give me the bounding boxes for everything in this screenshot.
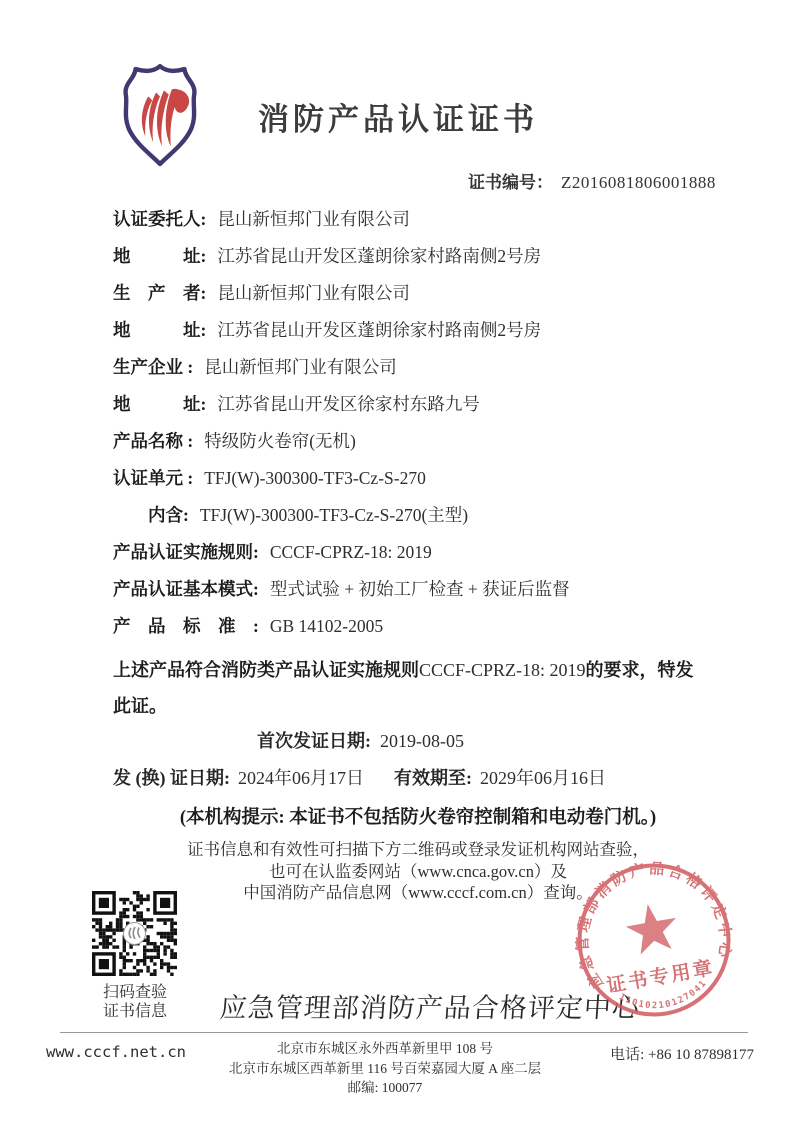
footer-postcode: 邮编: 100077	[216, 1078, 554, 1098]
field-row-product-name: 产品名称 :特级防火卷帘(无机)	[113, 428, 713, 465]
valid-until-value: 2029年06月16日	[480, 764, 606, 790]
first-issue-date-value: 2019-08-05	[380, 731, 464, 752]
certificate-title: 消防产品认证证书	[258, 94, 568, 139]
first-issue-date-row: 首次发证日期: 2019-08-05	[257, 727, 713, 764]
footer-phone: 电话: +86 10 87898177	[554, 1039, 754, 1064]
field-row-producer: 生 产 者:昆山新恒邦门业有限公司	[113, 280, 713, 317]
reissue-date-value: 2024年06月17日	[238, 764, 364, 790]
qr-code	[92, 891, 177, 976]
certificate-number-value: Z2016081806001888	[561, 173, 716, 192]
first-issue-date-label: 首次发证日期:	[257, 727, 371, 753]
field-row-manufacturer: 生产企业 :昆山新恒邦门业有限公司	[113, 354, 713, 391]
official-seal: 应急管理部消防产品合格评定中心 证书专用章 11010210127041	[556, 842, 753, 1039]
fire-shield-logo-icon	[116, 60, 204, 170]
field-row-applicant: 认证委托人:昆山新恒邦门业有限公司	[113, 206, 713, 243]
seal-star-icon	[623, 900, 681, 956]
field-row-certification-mode: 产品认证基本模式:型式试验 + 初始工厂检查 + 获证后监督	[113, 576, 713, 613]
agency-notice: (本机构提示: 本证书不包括防火卷帘控制箱和电动卷门机。)	[113, 803, 723, 837]
field-row-producer-address: 地 址:江苏省昆山开发区蓬朗徐家村路南侧2号房	[113, 317, 713, 354]
footer-address-line-1: 北京市东城区永外西革新里甲 108 号	[216, 1039, 554, 1059]
field-row-certification-unit: 认证单元 :TFJ(W)-300300-TF3-Cz-S-270	[113, 465, 713, 502]
field-row-manufacturer-address: 地 址:江苏省昆山开发区徐家村东路九号	[113, 391, 713, 428]
conformity-statement: 上述产品符合消防类产品认证实施规则CCCF-CPRZ-18: 2019的要求，特…	[113, 652, 709, 724]
field-row-implementation-rule: 产品认证实施规则:CCCF-CPRZ-18: 2019	[113, 539, 713, 576]
footer-address: 北京市东城区永外西革新里甲 108 号 北京市东城区西革新里 116 号百荣嘉园…	[216, 1039, 554, 1098]
field-row-product-standard: 产 品 标 准 :GB 14102-2005	[113, 613, 713, 650]
reissue-date-label: 发 (换) 证日期:	[113, 764, 230, 790]
valid-until-label: 有效期至:	[394, 764, 472, 790]
certificate-body: 认证委托人:昆山新恒邦门业有限公司 地 址:江苏省昆山开发区蓬朗徐家村路南侧2号…	[113, 206, 713, 904]
qr-caption: 扫码查验 证书信息	[103, 983, 192, 1021]
issuer-name: 应急管理部消防产品合格评定中心	[219, 986, 622, 1025]
certificate-number: 证书编号：Z2016081806001888	[468, 168, 716, 193]
certificate-number-label: 证书编号：	[468, 173, 553, 192]
qr-block: 扫码查验 证书信息	[92, 891, 192, 1021]
footer-website: www.cccf.net.cn	[46, 1039, 216, 1061]
footer-divider	[60, 1032, 748, 1033]
footer-address-line-2: 北京市东城区西革新里 116 号百荣嘉园大厦 A 座二层	[216, 1059, 554, 1079]
field-row-applicant-address: 地 址:江苏省昆山开发区蓬朗徐家村路南侧2号房	[113, 243, 713, 280]
certificate-page: 消防产品认证证书 证书编号：Z2016081806001888 认证委托人:昆山…	[0, 0, 800, 1131]
reissue-date-row: 发 (换) 证日期: 2024年06月17日 有效期至: 2029年06月16日	[113, 764, 713, 801]
field-row-included-model: 内含:TFJ(W)-300300-TF3-Cz-S-270(主型)	[113, 502, 713, 539]
footer: www.cccf.net.cn 北京市东城区永外西革新里甲 108 号 北京市东…	[46, 1039, 754, 1098]
